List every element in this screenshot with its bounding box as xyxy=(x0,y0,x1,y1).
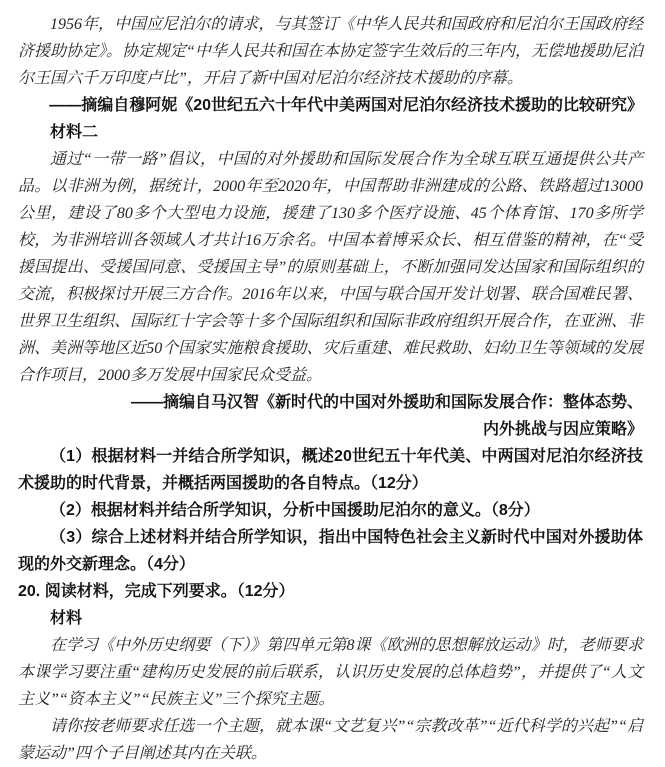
question-20-task-paragraph: 请你按老师要求任选一个主题，就本课“文艺复兴”“宗教改革”“近代科学的兴起”“启… xyxy=(18,713,643,767)
question-19-block: 1956年，中国应尼泊尔的请求，与其签订《中华人民共和国政府和尼泊尔王国政府经济… xyxy=(18,11,643,578)
material-1-paragraph: 1956年，中国应尼泊尔的请求，与其签订《中华人民共和国政府和尼泊尔王国政府经济… xyxy=(18,11,643,92)
material-2-heading: 材料二 xyxy=(18,119,643,146)
question-20-header: 20. 阅读材料，完成下列要求。（12分） xyxy=(18,578,643,605)
exam-page: 1956年，中国应尼泊尔的请求，与其签订《中华人民共和国政府和尼泊尔王国政府经济… xyxy=(0,0,665,767)
question-19-sub-question-2: （2）根据材料并结合所学知识，分析中国援助尼泊尔的意义。（8分） xyxy=(18,497,643,524)
question-19-sub-question-3: （3）综合上述材料并结合所学知识，指出中国特色社会主义新时代中国对外援助体现的外… xyxy=(18,524,643,578)
material-2-source-attribution-line-2: 内外挑战与因应策略》 xyxy=(18,416,643,443)
material-2-source-attribution-line-1: ——摘编自马汉智《新时代的中国对外援助和国际发展合作：整体态势、 xyxy=(18,389,643,416)
question-20-material-paragraph: 在学习《中外历史纲要（下）》第四单元第8课《欧洲的思想解放运动》时，老师要求本课… xyxy=(18,632,643,713)
question-20-material-heading: 材料 xyxy=(18,605,643,632)
material-2-paragraph: 通过“一带一路”倡议，中国的对外援助和国际发展合作为全球互联互通提供公共产品。以… xyxy=(18,146,643,389)
question-20-block: 20. 阅读材料，完成下列要求。（12分） 材料 在学习《中外历史纲要（下）》第… xyxy=(18,578,643,767)
question-19-sub-question-1: （1）根据材料一并结合所学知识，概述20世纪五十年代美、中两国对尼泊尔经济技术援… xyxy=(18,443,643,497)
material-1-source-attribution: ——摘编自穆阿妮《20世纪五六十年代中美两国对尼泊尔经济技术援助的比较研究》 xyxy=(18,92,643,119)
